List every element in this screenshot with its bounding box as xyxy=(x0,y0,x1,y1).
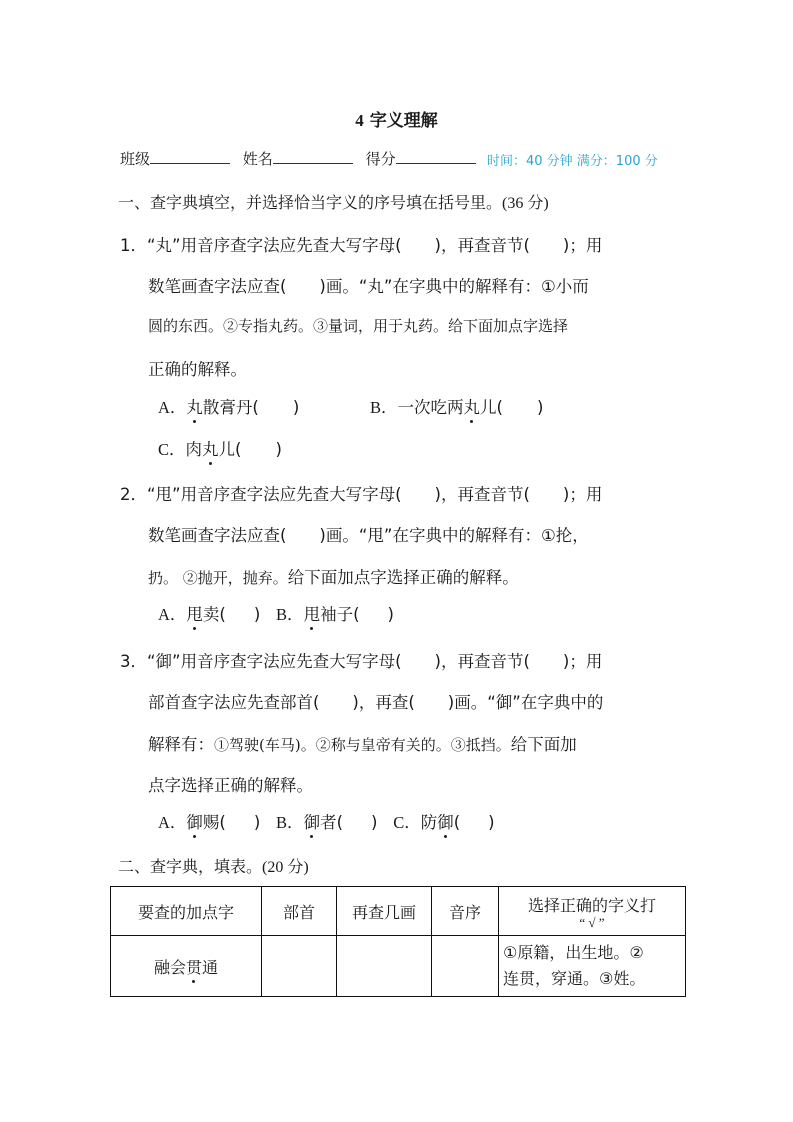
cell-letter-input[interactable] xyxy=(432,936,499,997)
page-title: 4字义理解 xyxy=(0,106,793,131)
dotted-char: 御 xyxy=(437,809,454,833)
dotted-char: 御 xyxy=(304,809,321,833)
q1-line3: 圆的东西。②专指丸药。③量词，用于丸药。给下面加点字选择 xyxy=(148,315,568,336)
q2-line2: 数笔画查字法应查( )画。“甩”在字典中的解释有：①抡， xyxy=(148,522,589,546)
dotted-char: 甩 xyxy=(186,601,203,625)
q3-line4: 点字选择正确的解释。 xyxy=(148,772,313,796)
q2-line3: 扔。 ②抛开，抛弃。给下面加点字选择正确的解释。 xyxy=(148,564,519,588)
section2-heading: 二、查字典，填表。(20 分) xyxy=(118,854,309,877)
score-field[interactable] xyxy=(396,149,476,164)
dictionary-table: 要查的加点字 部首 再查几画 音序 选择正确的字义打 “ √ ” 融会贯通 ①原… xyxy=(110,886,686,997)
q1-option-c: C．肉丸儿() xyxy=(158,436,282,460)
cell-meaning-options[interactable]: ①原籍，出生地。② 连贯，穿通。③姓。 xyxy=(499,936,686,997)
score-label: 得分 xyxy=(366,150,396,168)
header-meaning: 选择正确的字义打 “ √ ” xyxy=(499,887,686,936)
class-field[interactable] xyxy=(150,149,230,164)
q3-line2: 部首查字法应先查部首( )，再查( )画。“御”在字典中的 xyxy=(148,689,603,713)
dotted-char: 甩 xyxy=(304,601,321,625)
q1-line4: 正确的解释。 xyxy=(148,356,247,380)
cell-strokes-input[interactable] xyxy=(337,936,432,997)
name-label: 姓名 xyxy=(243,150,273,168)
header-radical: 部首 xyxy=(262,887,337,936)
q2-line1: 2．“甩”用音序查字法应先查大写字母( )，再查音节( )；用 xyxy=(120,481,602,505)
name-field[interactable] xyxy=(273,149,353,164)
q3-options: A．御赐() B．御者() C．防御() xyxy=(158,809,495,833)
section1-heading: 一、查字典填空，并选择恰当字义的序号填在括号里。(36 分) xyxy=(118,190,549,213)
table-row: 融会贯通 ①原籍，出生地。② 连贯，穿通。③姓。 xyxy=(111,936,686,997)
q3-line3: 解释有：①驾驶(车马)。②称与皇帝有关的。③抵挡。给下面加 xyxy=(148,731,577,755)
cell-radical-input[interactable] xyxy=(262,936,337,997)
table-header-row: 要查的加点字 部首 再查几画 音序 选择正确的字义打 “ √ ” xyxy=(111,887,686,936)
header-strokes: 再查几画 xyxy=(337,887,432,936)
check-mark: “ √ ” xyxy=(499,916,685,930)
q3-line1: 3．“御”用音序查字法应先查大写字母( )，再查音节( )；用 xyxy=(120,648,602,672)
q1-line1: 1．“丸”用音序查字法应先查大写字母( )，再查音节( )；用 xyxy=(120,232,602,256)
dotted-char: 御 xyxy=(186,809,203,833)
q1-option-b: B．一次吃两丸儿() xyxy=(370,394,543,418)
q1-line2: 数笔画查字法应查( )画。“丸”在字典中的解释有：①小而 xyxy=(148,273,589,297)
q1-option-a: A．丸散膏丹() xyxy=(158,394,299,418)
time-info: 时间：40 分钟 满分：100 分 xyxy=(487,150,658,169)
dotted-char: 贯 xyxy=(186,955,202,978)
cell-word: 融会贯通 xyxy=(111,936,262,997)
header-dotted-char: 要查的加点字 xyxy=(111,887,262,936)
dotted-char: 丸 xyxy=(202,436,219,460)
q2-options: A．甩卖() B．甩袖子() xyxy=(158,601,394,625)
dotted-char: 丸 xyxy=(464,394,481,418)
class-label: 班级 xyxy=(120,150,150,168)
dotted-char: 丸 xyxy=(186,394,203,418)
header-letter: 音序 xyxy=(432,887,499,936)
student-info: 班级 姓名 得分 xyxy=(120,148,484,169)
